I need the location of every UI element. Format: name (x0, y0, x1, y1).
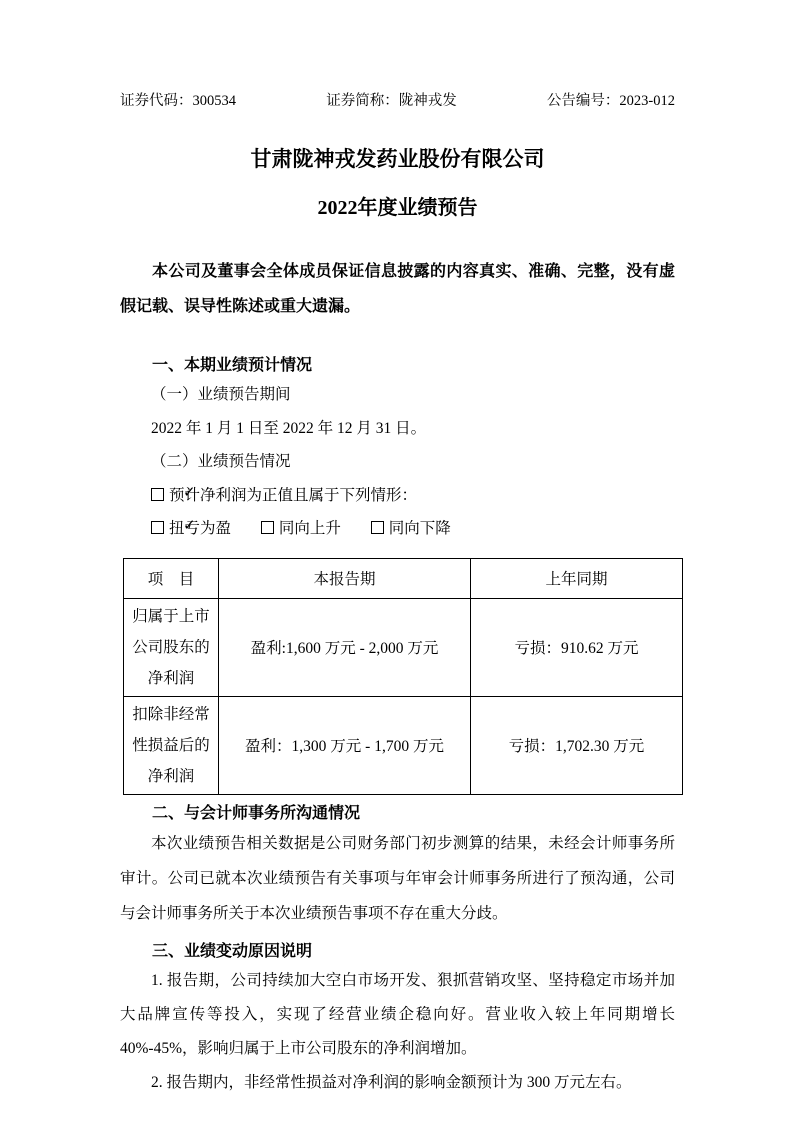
row-deducted-profit-current: 盈利：1,300 万元 - 1,700 万元 (219, 696, 471, 794)
performance-forecast-table: 项 目 本报告期 上年同期 归属于上市公司股东的净利润 盈利:1,600 万元 … (123, 558, 683, 795)
stock-abbreviation: 证券简称：陇神戎发 (326, 92, 457, 110)
table-header-row: 项 目 本报告期 上年同期 (124, 558, 683, 598)
checkbox-icon (371, 521, 384, 534)
forecast-options-line: 扭亏为盈 同向上升 同向下降 (120, 512, 675, 546)
section-3-heading: 三、业绩变动原因说明 (120, 940, 675, 964)
table-row: 扣除非经常性损益后的净利润 盈利：1,300 万元 - 1,700 万元 亏损：… (124, 696, 683, 794)
reason-item-2: 2. 报告期内，非经常性损益对净利润的影响金额预计为 300 万元左右。 (120, 1066, 675, 1100)
option-label: 同向上升 (279, 520, 341, 537)
announcement-number: 公告编号：2023-012 (547, 92, 675, 110)
section-1-heading: 一、本期业绩预计情况 (120, 354, 675, 378)
checkbox-icon (261, 521, 274, 534)
section-2-heading: 二、与会计师事务所沟通情况 (120, 802, 675, 826)
option-same-direction-up: 同向上升 (261, 520, 341, 537)
truthfulness-declaration: 本公司及董事会全体成员保证信息披露的内容真实、准确、完整，没有虚假记载、误导性陈… (120, 254, 675, 324)
option-same-direction-down: 同向下降 (371, 520, 451, 537)
section-2-paragraph: 本次业绩预告相关数据是公司财务部门初步测算的结果，未经会计师事务所审计。公司已就… (120, 826, 675, 931)
row-deducted-profit-item: 扣除非经常性损益后的净利润 (124, 696, 219, 794)
header-item: 项 目 (124, 558, 219, 598)
row-deducted-profit-prior: 亏损：1,702.30 万元 (471, 696, 683, 794)
option-turn-profit: 扭亏为盈 (151, 520, 231, 537)
document-subtitle: 2022年度业绩预告 (120, 195, 675, 221)
row-net-profit-item: 归属于上市公司股东的净利润 (124, 598, 219, 696)
row-net-profit-current: 盈利:1,600 万元 - 2,000 万元 (219, 598, 471, 696)
forecast-subheading: （二）业绩预告情况 (120, 445, 675, 479)
document-header: 证券代码：300534 证券简称：陇神戎发 公告编号：2023-012 (120, 92, 675, 110)
forecast-period-text: 2022 年 1 月 1 日至 2022 年 12 月 31 日。 (120, 412, 675, 446)
reason-item-1: 1. 报告期，公司持续加大空白市场开发、狠抓营销攻坚、坚持稳定市场并加大品牌宣传… (120, 964, 675, 1066)
announcement-page: 证券代码：300534 证券简称：陇神戎发 公告编号：2023-012 甘肃陇神… (0, 0, 793, 1122)
company-title: 甘肃陇神戎发药业股份有限公司 (120, 146, 675, 172)
header-prior-period: 上年同期 (471, 558, 683, 598)
header-current-period: 本报告期 (219, 558, 471, 598)
forecast-type-label: 预计净利润为正值且属于下列情形： (169, 487, 417, 504)
checkbox-icon (151, 488, 164, 501)
row-net-profit-prior: 亏损：910.62 万元 (471, 598, 683, 696)
forecast-type-line: 预计净利润为正值且属于下列情形： (120, 479, 675, 513)
stock-code: 证券代码：300534 (120, 92, 236, 110)
checkbox-icon (151, 521, 164, 534)
option-label: 同向下降 (389, 520, 451, 537)
table-row: 归属于上市公司股东的净利润 盈利:1,600 万元 - 2,000 万元 亏损：… (124, 598, 683, 696)
period-subheading: （一）业绩预告期间 (120, 378, 675, 412)
